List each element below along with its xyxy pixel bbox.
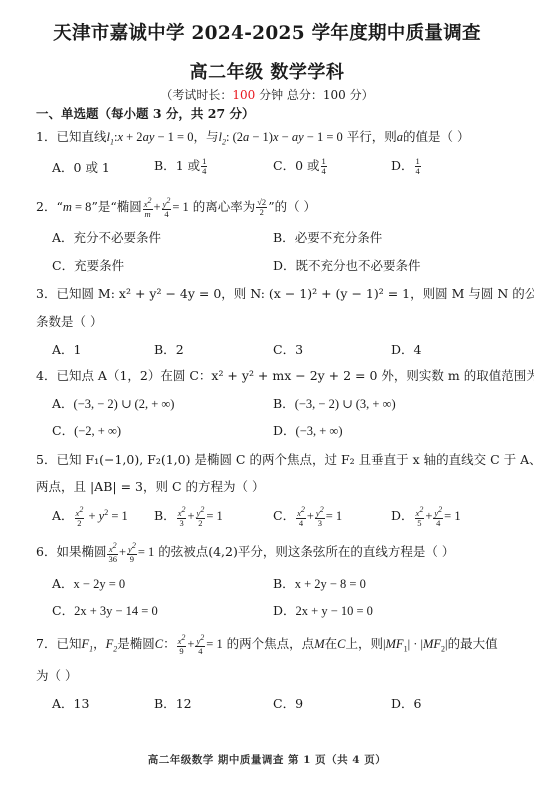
- question-3-option-c[interactable]: C．3: [273, 340, 303, 358]
- option-text: 充分不必要条件: [74, 230, 162, 245]
- option-text: 1 或: [176, 158, 200, 173]
- question-3-option-b[interactable]: B．2: [154, 340, 184, 358]
- exam-title: 天津市嘉诚中学 2024-2025 学年度期中质量调查: [0, 19, 534, 45]
- question-number: 1．: [36, 129, 56, 144]
- option-text: 9: [295, 696, 303, 711]
- option-label: C．: [52, 258, 74, 273]
- math-expr: −: [279, 130, 292, 144]
- option-text: 13: [74, 696, 90, 711]
- question-5-stem-line2: 两点，且 |AB| = 3，则 C 的方程为（ ）: [36, 477, 264, 495]
- question-number: 4．: [36, 368, 56, 383]
- option-text: x − 2y = 0: [74, 577, 126, 591]
- math-expr: +: [187, 637, 194, 651]
- option-label: A．: [52, 696, 74, 711]
- option-label: A．: [52, 508, 74, 523]
- option-text: 充要条件: [74, 258, 124, 273]
- option-text: (−3, − 2) ∪ (2, + ∞): [74, 397, 175, 411]
- question-2-option-a[interactable]: A．充分不必要条件: [52, 228, 161, 246]
- question-7-stem-line2: 为（ ）: [36, 666, 77, 684]
- question-2-option-d[interactable]: D．既不充分也不必要条件: [273, 256, 421, 274]
- fraction: 14: [201, 157, 207, 176]
- stem-text: ”是“椭圆: [91, 199, 141, 214]
- option-label: C．: [273, 342, 295, 357]
- option-text: (−3, − 2) ∪ (3, + ∞): [295, 397, 396, 411]
- option-text: 2: [176, 342, 184, 357]
- page-footer: 高二年级数学 期中质量调查 第 1 页（共 4 页）: [0, 752, 534, 767]
- question-6-stem: 6．如果椭圆x236+y29= 1 的弦被点(4,2)平分，则这条弦所在的直线方…: [36, 541, 454, 564]
- fraction: x236: [107, 541, 118, 564]
- exam-info: （考试时长：100 分钟 总分：100 分）: [0, 86, 534, 103]
- question-3-option-d[interactable]: D．4: [391, 340, 421, 358]
- question-4-option-b[interactable]: B．(−3, − 2) ∪ (3, + ∞): [273, 394, 396, 412]
- question-number: 3．: [36, 286, 56, 301]
- option-text: 必要不充分条件: [295, 230, 383, 245]
- stem-text: ：: [163, 636, 176, 651]
- stem-text: 在: [325, 636, 338, 651]
- question-3-stem-line1: 3．已知圆 M: x² + y² − 4y = 0，则 N: (x − 1)² …: [36, 284, 534, 302]
- math-expr: : (2: [226, 130, 243, 144]
- section-title: 一、单选题（每小题 3 分，共 27 分）: [36, 104, 255, 122]
- option-label: D．: [273, 603, 296, 618]
- option-text: 4: [414, 342, 422, 357]
- option-label: C．: [52, 423, 74, 438]
- question-4-stem: 4．已知点 A（1，2）在圆 C：x² + y² + mx − 2y + 2 =…: [36, 366, 534, 384]
- math-expr: C: [155, 637, 163, 651]
- option-label: B．: [154, 342, 176, 357]
- math-expr: = 1: [206, 509, 222, 523]
- question-5-stem-line1: 5．已知 F₁(−1,0), F₂(1,0) 是椭圆 C 的两个焦点，过 F₂ …: [36, 450, 534, 468]
- duration-value: 100: [232, 88, 255, 102]
- question-1-option-d[interactable]: D．14: [391, 156, 422, 176]
- fraction: x2m: [143, 196, 153, 219]
- math-expr: +: [307, 509, 314, 523]
- fraction: x29: [177, 633, 187, 656]
- question-6-option-b[interactable]: B．x + 2y − 8 = 0: [273, 574, 366, 592]
- option-label: B．: [273, 230, 295, 245]
- math-expr: +: [85, 509, 98, 523]
- stem-text: ”的（ ）: [268, 199, 316, 214]
- math-expr: F2: [106, 637, 118, 651]
- fraction: y23: [315, 505, 325, 528]
- option-label: B．: [154, 696, 176, 711]
- question-3-stem-line2: 条数是（ ）: [36, 312, 102, 330]
- stem-text: 平行，则: [343, 129, 397, 144]
- math-expr: = 1: [206, 637, 222, 651]
- question-number: 5．: [36, 452, 56, 467]
- question-1-option-b[interactable]: B．1 或14: [154, 156, 208, 176]
- math-expr: − 1): [249, 130, 273, 144]
- math-expr: = 1: [444, 509, 460, 523]
- option-label: B．: [273, 396, 295, 411]
- option-label: D．: [391, 158, 414, 173]
- option-label: B．: [273, 576, 295, 591]
- info-prefix: （考试时长：: [160, 88, 232, 102]
- option-label: B．: [154, 508, 176, 523]
- question-7-option-c[interactable]: C．9: [273, 694, 303, 712]
- fraction: x23: [177, 505, 187, 528]
- option-label: D．: [391, 508, 414, 523]
- question-number: 7．: [36, 636, 56, 651]
- option-label: C．: [273, 696, 295, 711]
- stem-text: 已知点 A（1，2）在圆 C：x² + y² + mx − 2y + 2 = 0…: [56, 368, 534, 383]
- option-label: A．: [52, 342, 74, 357]
- stem-text: 的离心率为: [189, 199, 255, 214]
- option-text: (−2, + ∞): [74, 424, 121, 438]
- math-expr: − 1 = 0: [154, 130, 193, 144]
- option-text: 0 或: [295, 158, 319, 173]
- option-label: D．: [391, 342, 414, 357]
- fraction: x24: [296, 505, 306, 528]
- stem-text: 的两个焦点，点: [223, 636, 314, 651]
- stem-text: 的弦被点(4,2)平分，则这条弦所在的直线方程是（ ）: [154, 544, 454, 559]
- stem-text: 的最大值: [448, 636, 498, 651]
- question-1-stem: 1．已知直线l1:x + 2ay − 1 = 0，与l2: (2a − 1)x …: [36, 127, 469, 147]
- info-middle: 分钟 总分：100 分）: [255, 88, 373, 102]
- stem-text: 已知 F₁(−1,0), F₂(1,0) 是椭圆 C 的两个焦点，过 F₂ 且垂…: [56, 452, 534, 467]
- question-7-option-b[interactable]: B．12: [154, 694, 192, 712]
- math-expr: + 2: [123, 130, 143, 144]
- question-7-option-d[interactable]: D．6: [391, 694, 421, 712]
- question-5-option-d[interactable]: D．x25+y24= 1: [391, 505, 461, 528]
- question-3-option-a[interactable]: A．1: [52, 340, 81, 358]
- option-text: 3: [295, 342, 303, 357]
- math-expr: = 1: [326, 509, 342, 523]
- option-text: 1: [74, 342, 82, 357]
- stem-text: 的值是（ ）: [403, 129, 469, 144]
- stem-text: 如果椭圆: [56, 544, 106, 559]
- stem-text: 已知直线: [56, 129, 106, 144]
- question-6-option-a[interactable]: A．x − 2y = 0: [52, 574, 125, 592]
- option-text: 既不充分也不必要条件: [296, 258, 421, 273]
- math-expr: = 1: [108, 509, 128, 523]
- math-expr: |MF1| · |MF2|: [383, 637, 448, 651]
- fraction: 14: [415, 157, 421, 176]
- fraction: y22: [196, 505, 206, 528]
- option-label: C．: [273, 158, 295, 173]
- option-label: D．: [391, 696, 414, 711]
- question-6-option-c[interactable]: C．2x + 3y − 14 = 0: [52, 601, 158, 619]
- fraction: y24: [162, 196, 172, 219]
- math-expr: ay: [143, 130, 155, 144]
- question-4-option-c[interactable]: C．(−2, + ∞): [52, 421, 121, 439]
- question-number: 2．: [36, 199, 56, 214]
- option-label: C．: [273, 508, 295, 523]
- fraction: y24: [195, 633, 205, 656]
- question-1-option-a[interactable]: A．0 或 1: [52, 158, 110, 176]
- question-7-option-a[interactable]: A．13: [52, 694, 89, 712]
- math-expr: M: [314, 637, 324, 651]
- math-expr: +: [154, 200, 161, 214]
- math-expr: − 1 = 0: [304, 130, 343, 144]
- option-label: D．: [273, 258, 296, 273]
- math-expr: +: [187, 509, 194, 523]
- math-expr: = 1: [172, 200, 188, 214]
- math-expr: = 1: [138, 545, 154, 559]
- fraction: √22: [256, 198, 267, 217]
- fraction: x22: [75, 505, 85, 528]
- question-number: 6．: [36, 544, 56, 559]
- question-5-option-a[interactable]: A．x22 + y2 = 1: [52, 505, 128, 528]
- stem-text: 已知: [56, 636, 81, 651]
- stem-text: ，与: [193, 129, 218, 144]
- math-expr: +: [425, 509, 432, 523]
- math-expr: +: [119, 545, 126, 559]
- stem-text: 是椭圆: [117, 636, 155, 651]
- option-text: 12: [176, 696, 192, 711]
- math-expr: l2: [219, 130, 226, 144]
- question-5-option-c[interactable]: C．x24+y23= 1: [273, 505, 342, 528]
- option-label: A．: [52, 160, 74, 175]
- option-text: 6: [414, 696, 422, 711]
- math-expr: m: [63, 200, 72, 214]
- fraction: x25: [415, 505, 425, 528]
- option-label: B．: [154, 158, 176, 173]
- question-2-stem: 2．“m = 8”是“椭圆x2m+y24= 1 的离心率为√22”的（ ）: [36, 196, 316, 219]
- option-label: A．: [52, 396, 74, 411]
- option-label: C．: [52, 603, 74, 618]
- fraction: y29: [127, 541, 137, 564]
- stem-text: 已知圆 M: x² + y² − 4y = 0，则 N: (x − 1)² + …: [56, 286, 534, 301]
- math-expr: = 8: [72, 200, 92, 214]
- question-7-stem-line1: 7．已知F1，F2是椭圆C：x29+y24= 1 的两个焦点，点M在C上，则|M…: [36, 633, 498, 656]
- option-label: D．: [273, 423, 296, 438]
- option-text: (−3, + ∞): [296, 424, 343, 438]
- option-label: A．: [52, 576, 74, 591]
- exam-subtitle: 高二年级 数学学科: [0, 58, 534, 84]
- stem-text: 上，则: [345, 636, 383, 651]
- question-4-option-d[interactable]: D．(−3, + ∞): [273, 421, 343, 439]
- fraction: 14: [321, 157, 327, 176]
- math-expr: l1: [106, 130, 113, 144]
- stem-text: ，: [93, 636, 106, 651]
- option-text: 0 或 1: [74, 160, 110, 175]
- math-expr: F1: [81, 637, 93, 651]
- question-2-option-c[interactable]: C．充要条件: [52, 256, 124, 274]
- question-5-option-b[interactable]: B．x23+y22= 1: [154, 505, 223, 528]
- option-text: 2x + y − 10 = 0: [296, 604, 373, 618]
- question-2-option-b[interactable]: B．必要不充分条件: [273, 228, 382, 246]
- option-text: 2x + 3y − 14 = 0: [74, 604, 158, 618]
- question-6-option-d[interactable]: D．2x + y − 10 = 0: [273, 601, 373, 619]
- question-1-option-c[interactable]: C．0 或14: [273, 156, 328, 176]
- option-label: A．: [52, 230, 74, 245]
- math-expr: ay: [292, 130, 304, 144]
- fraction: y24: [433, 505, 443, 528]
- question-4-option-a[interactable]: A．(−3, − 2) ∪ (2, + ∞): [52, 394, 174, 412]
- option-text: x + 2y − 8 = 0: [295, 577, 366, 591]
